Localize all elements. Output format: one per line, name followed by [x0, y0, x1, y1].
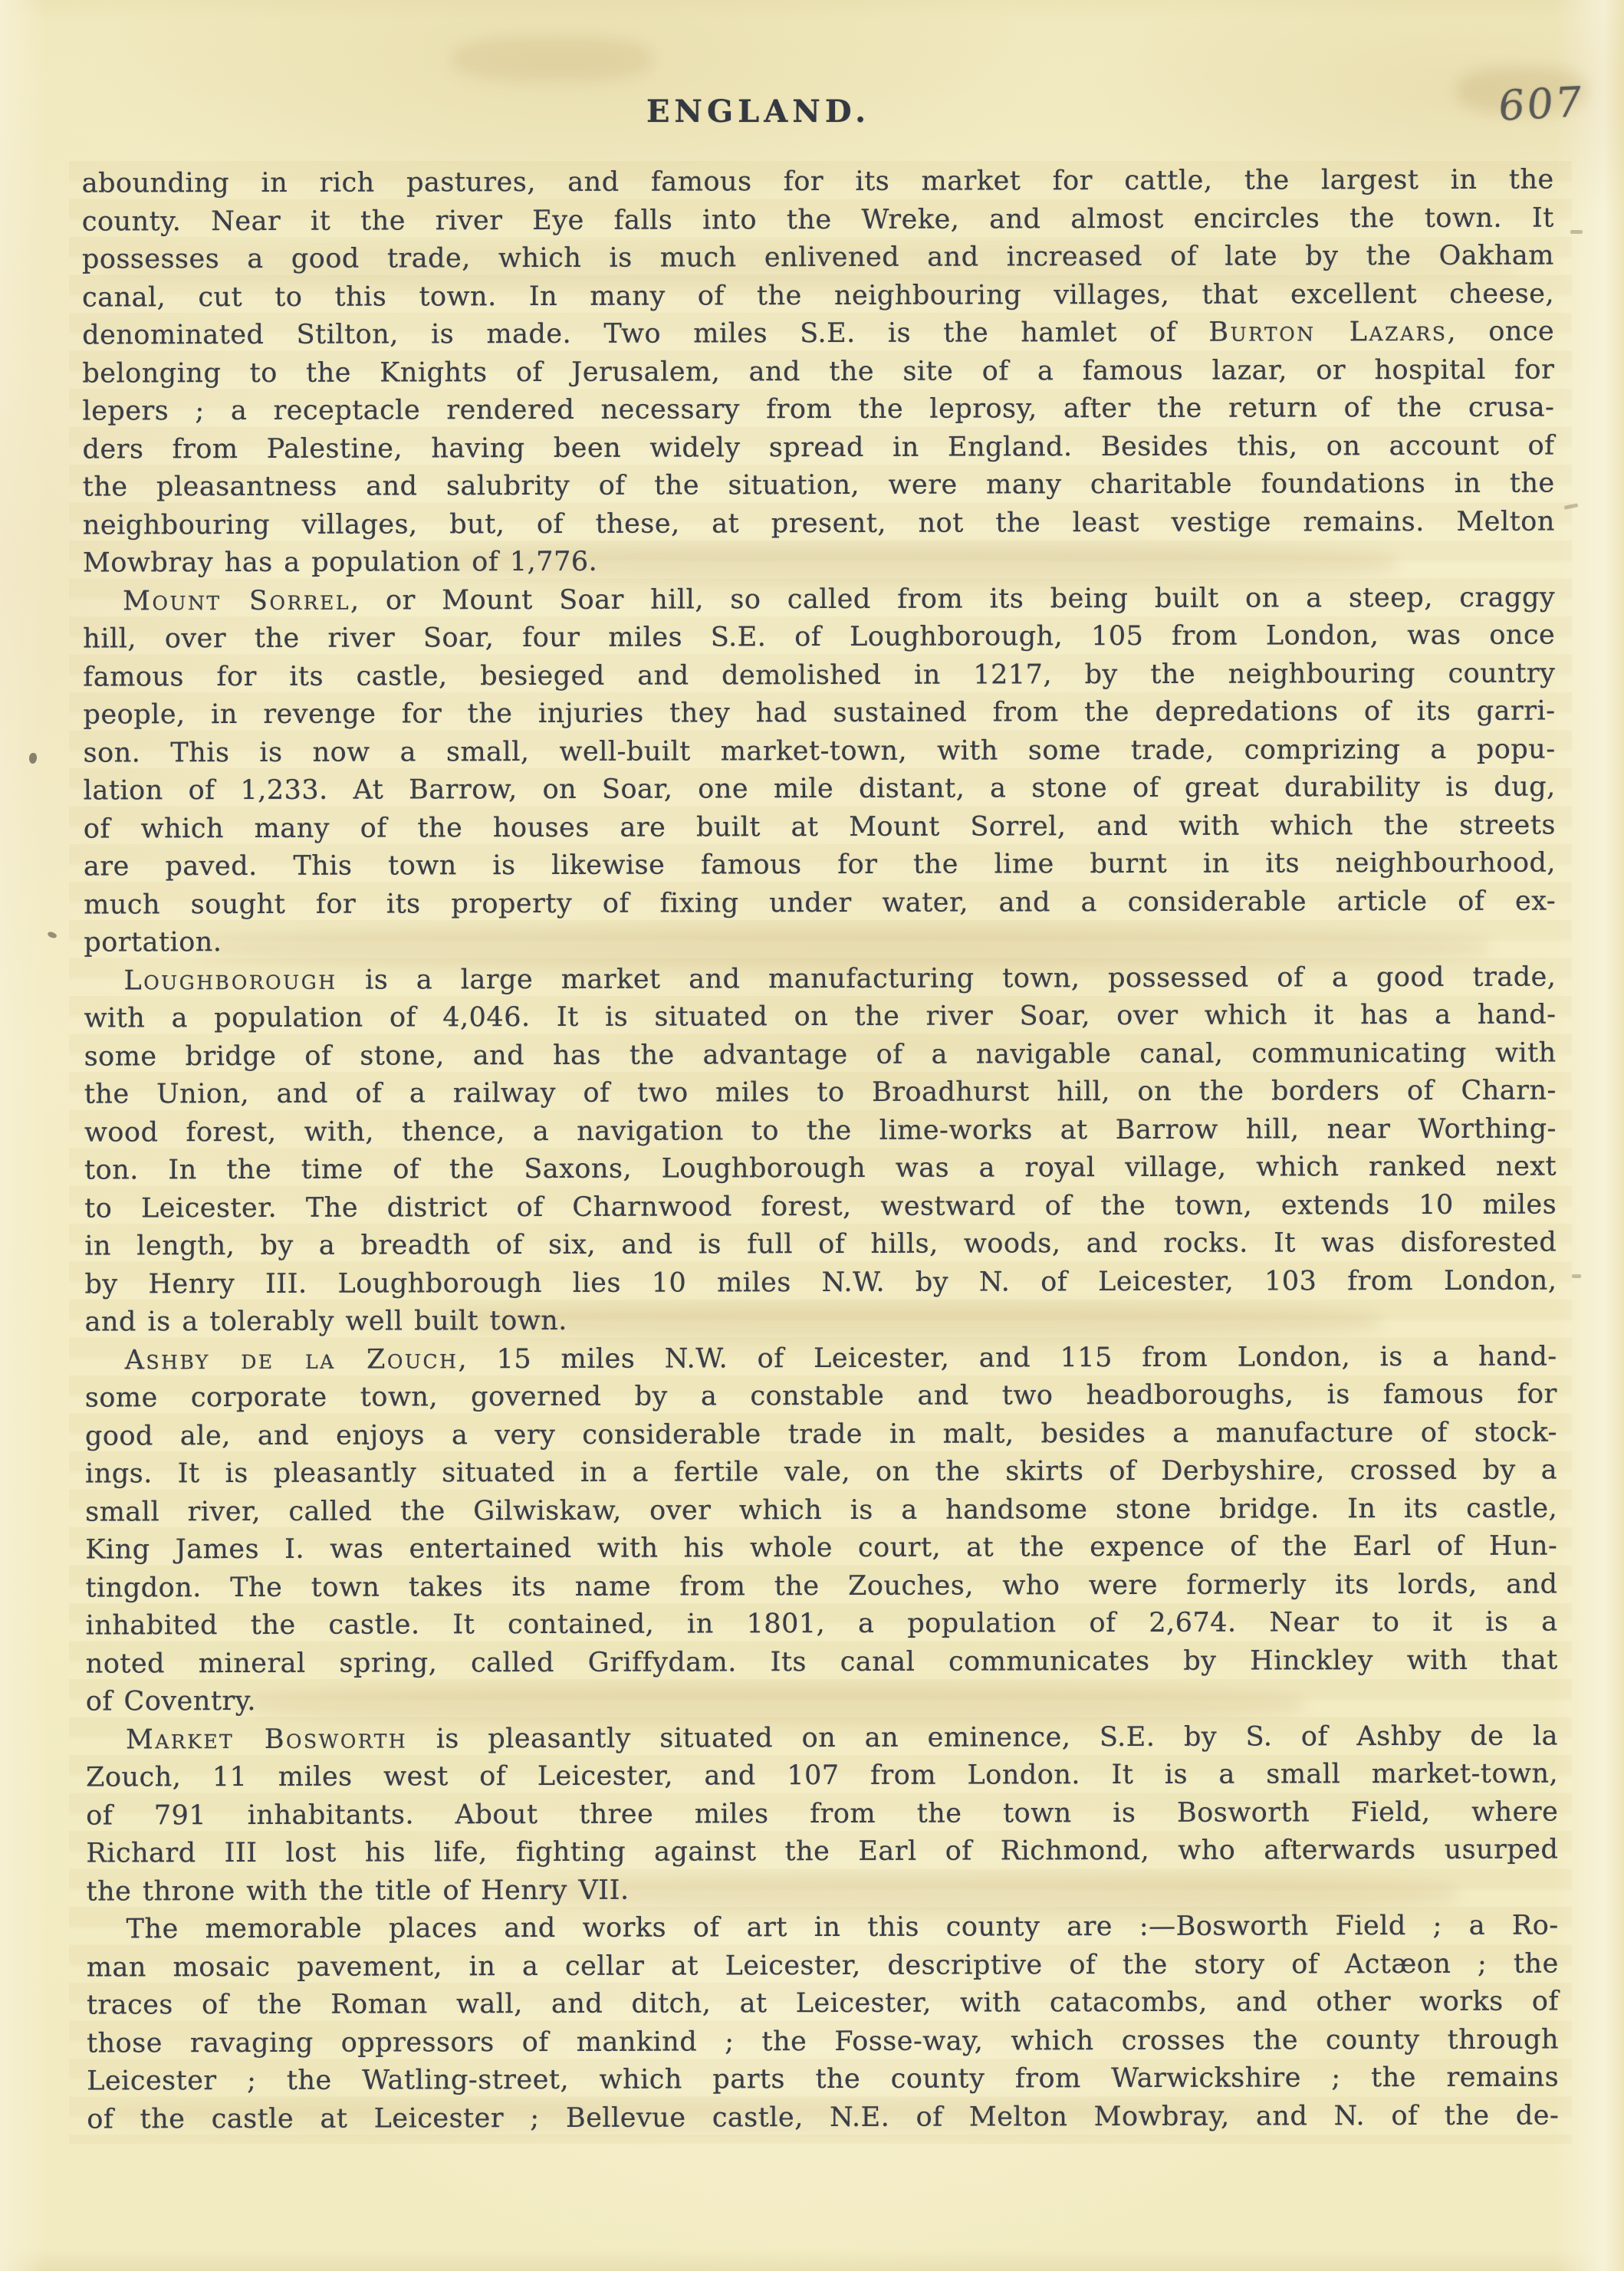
text-line: the throne with the title of Henry VII.	[86, 1869, 1558, 1911]
running-title: ENGLAND.	[0, 94, 1624, 130]
place-name-small-caps: Mount Sorrel	[123, 585, 350, 616]
text-line: belonging to the Knights of Jerusalem, a…	[82, 351, 1554, 393]
text-line: Leicester ; the Watling-street, which pa…	[87, 2059, 1559, 2101]
text-line: good ale, and enjoys a very considerable…	[85, 1414, 1557, 1456]
text-line: the pleasantness and salubrity of the si…	[83, 465, 1555, 507]
body-text: abounding in rich pastures, and famous f…	[82, 161, 1560, 2138]
text-line: denominated Stilton, is made. Two miles …	[82, 313, 1554, 355]
text-line: hill, over the river Soar, four miles S.…	[83, 616, 1555, 659]
text-line: and is a tolerably well built town.	[85, 1300, 1557, 1342]
text-line: of Coventry.	[86, 1679, 1558, 1721]
place-name-small-caps: Burton Lazars	[1208, 317, 1447, 348]
text-line: the Union, and of a railway of two miles…	[84, 1072, 1557, 1114]
text-line: Loughborough is a large market and manuf…	[84, 958, 1556, 1001]
text-line: neighbouring villages, but, of these, at…	[83, 503, 1555, 545]
ink-speck	[29, 753, 37, 764]
text-line: are paved. This town is likewise famous …	[84, 844, 1556, 886]
text-line: Mount Sorrel, or Mount Soar hill, so cal…	[83, 579, 1555, 621]
text-line: wood forest, with, thence, a navigation …	[84, 1110, 1557, 1152]
text-line: those ravaging oppressors of mankind ; t…	[87, 2021, 1559, 2063]
text-line: some bridge of stone, and has the advant…	[84, 1034, 1557, 1076]
text-line: man mosaic pavement, in a cellar at Leic…	[87, 1945, 1559, 1987]
ink-speck	[47, 931, 58, 939]
text-line: county. Near it the river Eye falls into…	[82, 199, 1554, 242]
text-line: Market Bosworth is pleasantly situated o…	[86, 1717, 1558, 1760]
margin-mark	[1564, 503, 1579, 510]
text-line: ders from Palestine, having been widely …	[83, 427, 1555, 469]
text-line: in length, by a breadth of six, and is f…	[84, 1224, 1557, 1266]
text-line: King James I. was entertained with his w…	[85, 1527, 1557, 1569]
margin-mark	[1570, 230, 1583, 234]
text-line: traces of the Roman wall, and ditch, at …	[87, 1983, 1559, 2025]
text-line: possesses a good trade, which is much en…	[82, 237, 1554, 279]
text-line: ton. In the time of the Saxons, Loughbor…	[84, 1148, 1557, 1190]
text-line: with a population of 4,046. It is situat…	[84, 996, 1556, 1038]
text-line: small river, called the Gilwiskaw, over …	[85, 1490, 1557, 1532]
text-line: to Leicester. The district of Charnwood …	[84, 1186, 1557, 1228]
text-line: Richard III lost his life, fighting agai…	[86, 1831, 1558, 1873]
place-name-small-caps: Loughborough	[123, 965, 337, 996]
text-line: of 791 inhabitants. About three miles fr…	[86, 1793, 1558, 1836]
text-line: abounding in rich pastures, and famous f…	[82, 161, 1554, 203]
text-line: much sought for its property of fixing u…	[84, 882, 1556, 925]
text-line: of which many of the houses are built at…	[84, 807, 1556, 849]
text-line: Mowbray has a population of 1,776.	[83, 541, 1555, 583]
text-line: canal, cut to this town. In many of the …	[82, 275, 1554, 317]
text-line: famous for its castle, besieged and demo…	[83, 655, 1555, 697]
text-line: Ashby de la Zouch, 15 miles N.W. of Leic…	[85, 1338, 1557, 1380]
text-line: people, in revenge for the injuries they…	[83, 692, 1555, 735]
text-line: inhabited the castle. It contained, in 1…	[86, 1603, 1558, 1645]
text-line: The memorable places and works of art in…	[87, 1907, 1559, 1949]
page-number: 607	[1496, 77, 1586, 130]
place-name-small-caps: Ashby de la Zouch	[125, 1344, 459, 1375]
margin-mark	[1572, 1274, 1581, 1278]
text-line: Zouch, 11 miles west of Leicester, and 1…	[86, 1755, 1558, 1797]
text-line: tingdon. The town takes its name from th…	[85, 1566, 1557, 1608]
text-line: lation of 1,233. At Barrow, on Soar, one…	[84, 768, 1556, 810]
place-name-small-caps: Market Bosworth	[126, 1724, 407, 1755]
page-stain	[452, 37, 652, 81]
text-line: ings. It is pleasantly situated in a fer…	[85, 1451, 1557, 1494]
text-line: lepers ; a receptacle rendered necessary…	[82, 389, 1554, 431]
text-line: some corporate town, governed by a const…	[85, 1375, 1557, 1418]
text-line: portation.	[84, 920, 1556, 962]
text-line: of the castle at Leicester ; Bellevue ca…	[87, 2097, 1559, 2139]
book-page: ENGLAND. 607 abounding in rich pastures,…	[0, 0, 1624, 2271]
text-line: by Henry III. Loughborough lies 10 miles…	[84, 1262, 1557, 1304]
text-line: noted mineral spring, called Griffydam. …	[86, 1642, 1558, 1684]
text-line: son. This is now a small, well-built mar…	[84, 731, 1556, 773]
